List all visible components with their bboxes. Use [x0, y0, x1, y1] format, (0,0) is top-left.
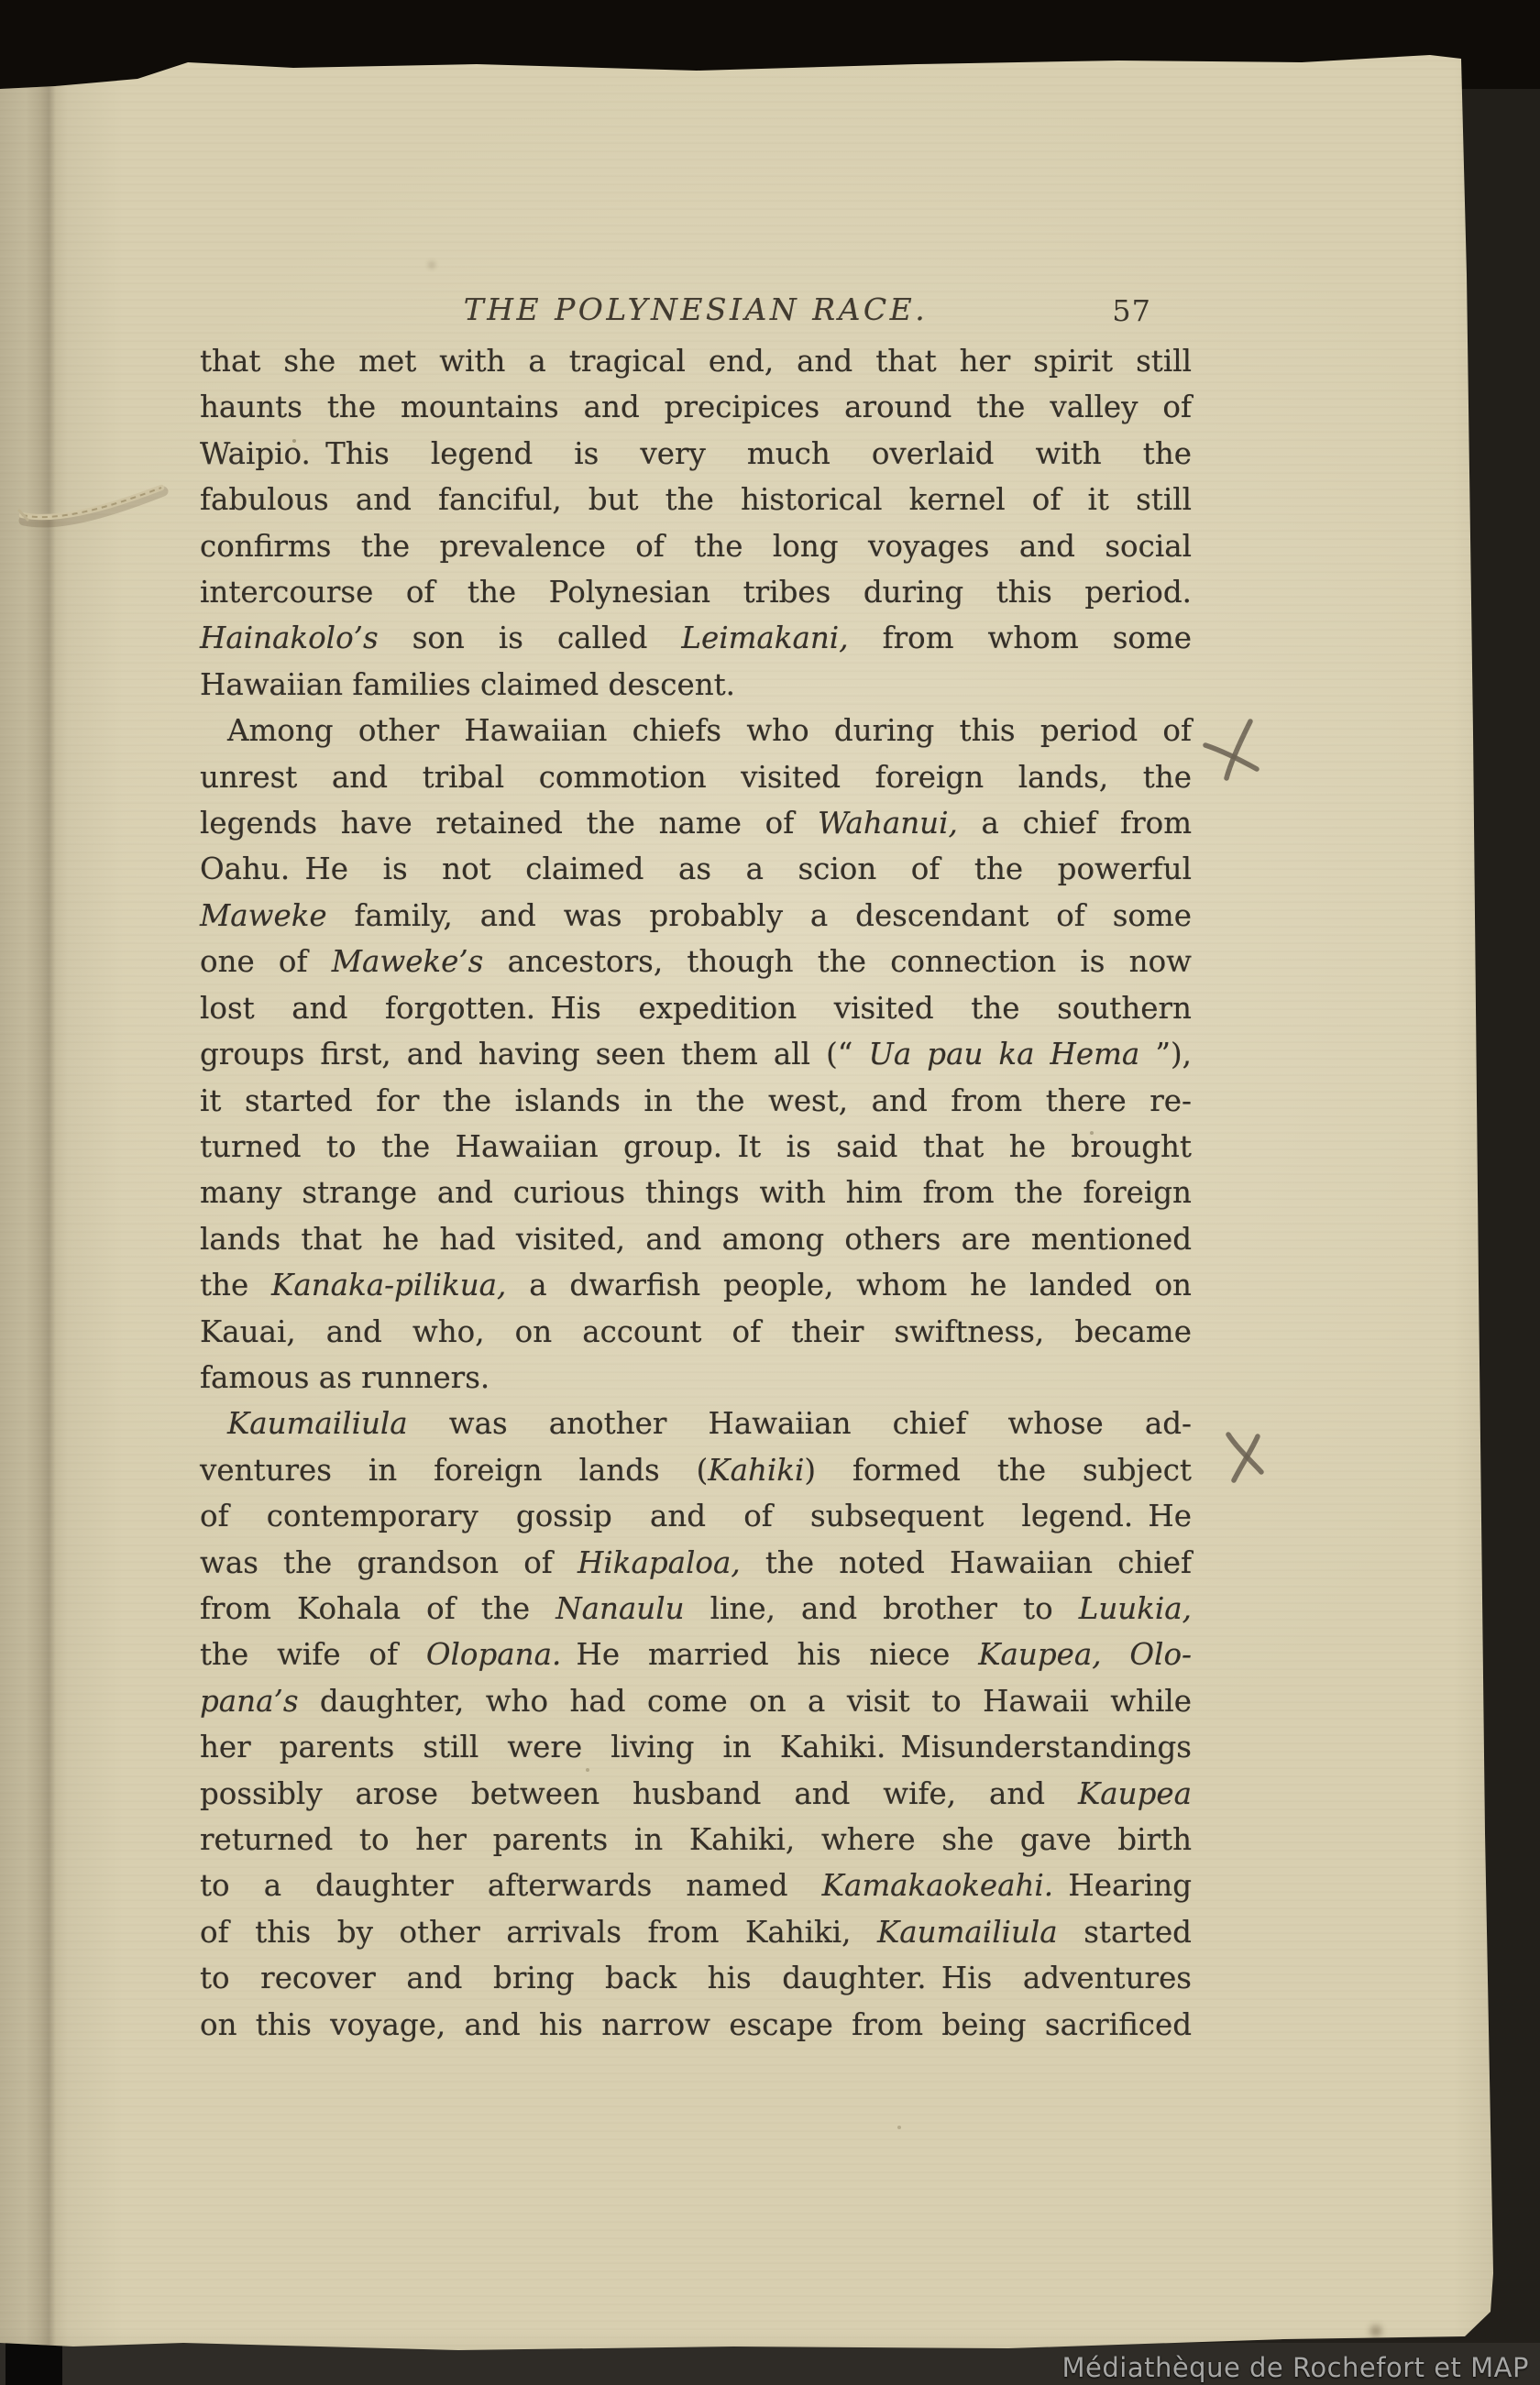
body-text: that she met with a tragical end, and th… — [200, 338, 1192, 2048]
text-line: on this voyage, and his narrow escape fr… — [200, 2002, 1192, 2048]
running-title: THE POLYNESIAN RACE. — [464, 291, 929, 327]
text-line: confirms the prevalence of the long voya… — [200, 523, 1192, 569]
text-line: groups first, and having seen them all (… — [200, 1031, 1192, 1077]
text-line: possibly arose between husband and wife,… — [200, 1771, 1192, 1817]
italic-term: pana’s — [200, 1684, 299, 1719]
book-page: THE POLYNESIAN RACE. 57 that she met wit… — [0, 0, 1540, 2385]
italic-term: Ua pau ka Hema — [868, 1037, 1139, 1072]
pencil-x-mark — [1196, 710, 1262, 784]
text-line: haunts the mountains and precipices arou… — [200, 384, 1192, 430]
italic-term: Luukia, — [1079, 1591, 1192, 1626]
text-line: Oahu. He is not claimed as a scion of th… — [200, 846, 1192, 892]
page-gutter-crease — [26, 0, 68, 2385]
text-line: her parents still were living in Kahiki.… — [200, 1724, 1192, 1770]
text-line: Hawaiian families claimed descent. — [200, 662, 1192, 708]
text-line: unrest and tribal commotion visited fore… — [200, 754, 1192, 800]
page-number: 57 — [1112, 293, 1151, 328]
text-line: to a daughter afterwards named Kamakaoke… — [200, 1863, 1192, 1908]
text-line: the wife of Olopana. He married his niec… — [200, 1632, 1192, 1677]
text-line: the Kanaka-pilikua, a dwarfish people, w… — [200, 1262, 1192, 1308]
library-watermark: Médiathèque de Rochefort et MAP — [1061, 2352, 1529, 2383]
text-line: fabulous and fanciful, but the historica… — [200, 477, 1192, 522]
italic-term: Maweke — [200, 898, 327, 933]
text-line: from Kohala of the Nanaulu line, and bro… — [200, 1586, 1192, 1632]
italic-term: Maweke’s — [332, 944, 484, 979]
text-line: Maweke family, and was probably a descen… — [200, 893, 1192, 939]
italic-term: Kaupea — [1078, 1776, 1192, 1811]
text-line: Hainakolo’s son is called Leimakani, fro… — [200, 615, 1192, 661]
text-line: Among other Hawaiian chiefs who during t… — [200, 708, 1192, 753]
text-line: returned to her parents in Kahiki, where… — [200, 1817, 1192, 1863]
text-line: of contemporary gossip and of subsequent… — [200, 1493, 1192, 1539]
italic-term: Kaumailiula — [227, 1406, 408, 1441]
text-line: Kaumailiula was another Hawaiian chief w… — [200, 1401, 1192, 1446]
text-line: many strange and curious things with him… — [200, 1170, 1192, 1215]
text-line: to recover and bring back his daughter. … — [200, 1955, 1192, 2001]
text-line: intercourse of the Polynesian tribes dur… — [200, 569, 1192, 615]
text-line: lost and forgotten. His expedition visit… — [200, 985, 1192, 1031]
italic-term: Hikapaloa, — [577, 1545, 741, 1580]
italic-term: Kanaka-pilikua, — [271, 1268, 506, 1302]
italic-term: Hainakolo’s — [200, 621, 379, 655]
italic-term: Leimakani, — [681, 621, 848, 655]
text-line: of this by other arrivals from Kahiki, K… — [200, 1909, 1192, 1955]
italic-term: Nanaulu — [555, 1591, 684, 1626]
text-line: pana’s daughter, who had come on a visit… — [200, 1678, 1192, 1724]
binding-thread — [16, 469, 174, 541]
italic-term: Kaupea, Olo- — [978, 1637, 1192, 1672]
text-line: lands that he had visited, and among oth… — [200, 1216, 1192, 1262]
text-line: Kauai, and who, on account of their swif… — [200, 1309, 1192, 1355]
text-line: legends have retained the name of Wahanu… — [200, 800, 1192, 846]
scanned-page-photo: THE POLYNESIAN RACE. 57 that she met wit… — [0, 0, 1540, 2385]
italic-term: Kamakaokeahi. — [822, 1868, 1053, 1903]
text-line: it started for the islands in the west, … — [200, 1078, 1192, 1124]
italic-term: Kahiki — [708, 1453, 804, 1488]
text-line: one of Maweke’s ancestors, though the co… — [200, 939, 1192, 984]
italic-term: Olopana. — [426, 1637, 561, 1672]
text-line: turned to the Hawaiian group. It is said… — [200, 1124, 1192, 1170]
italic-term: Kaumailiula — [877, 1915, 1058, 1950]
text-line: was the grandson of Hikapaloa, the noted… — [200, 1540, 1192, 1586]
text-line: ventures in foreign lands (Kahiki) forme… — [200, 1447, 1192, 1493]
pencil-x-mark — [1199, 1414, 1265, 1488]
italic-term: Wahanui, — [818, 806, 958, 841]
text-line: that she met with a tragical end, and th… — [200, 338, 1192, 384]
text-line: Waipio. This legend is very much overlai… — [200, 431, 1192, 477]
text-line: famous as runners. — [200, 1355, 1192, 1401]
page-header: THE POLYNESIAN RACE. 57 — [200, 291, 1192, 334]
